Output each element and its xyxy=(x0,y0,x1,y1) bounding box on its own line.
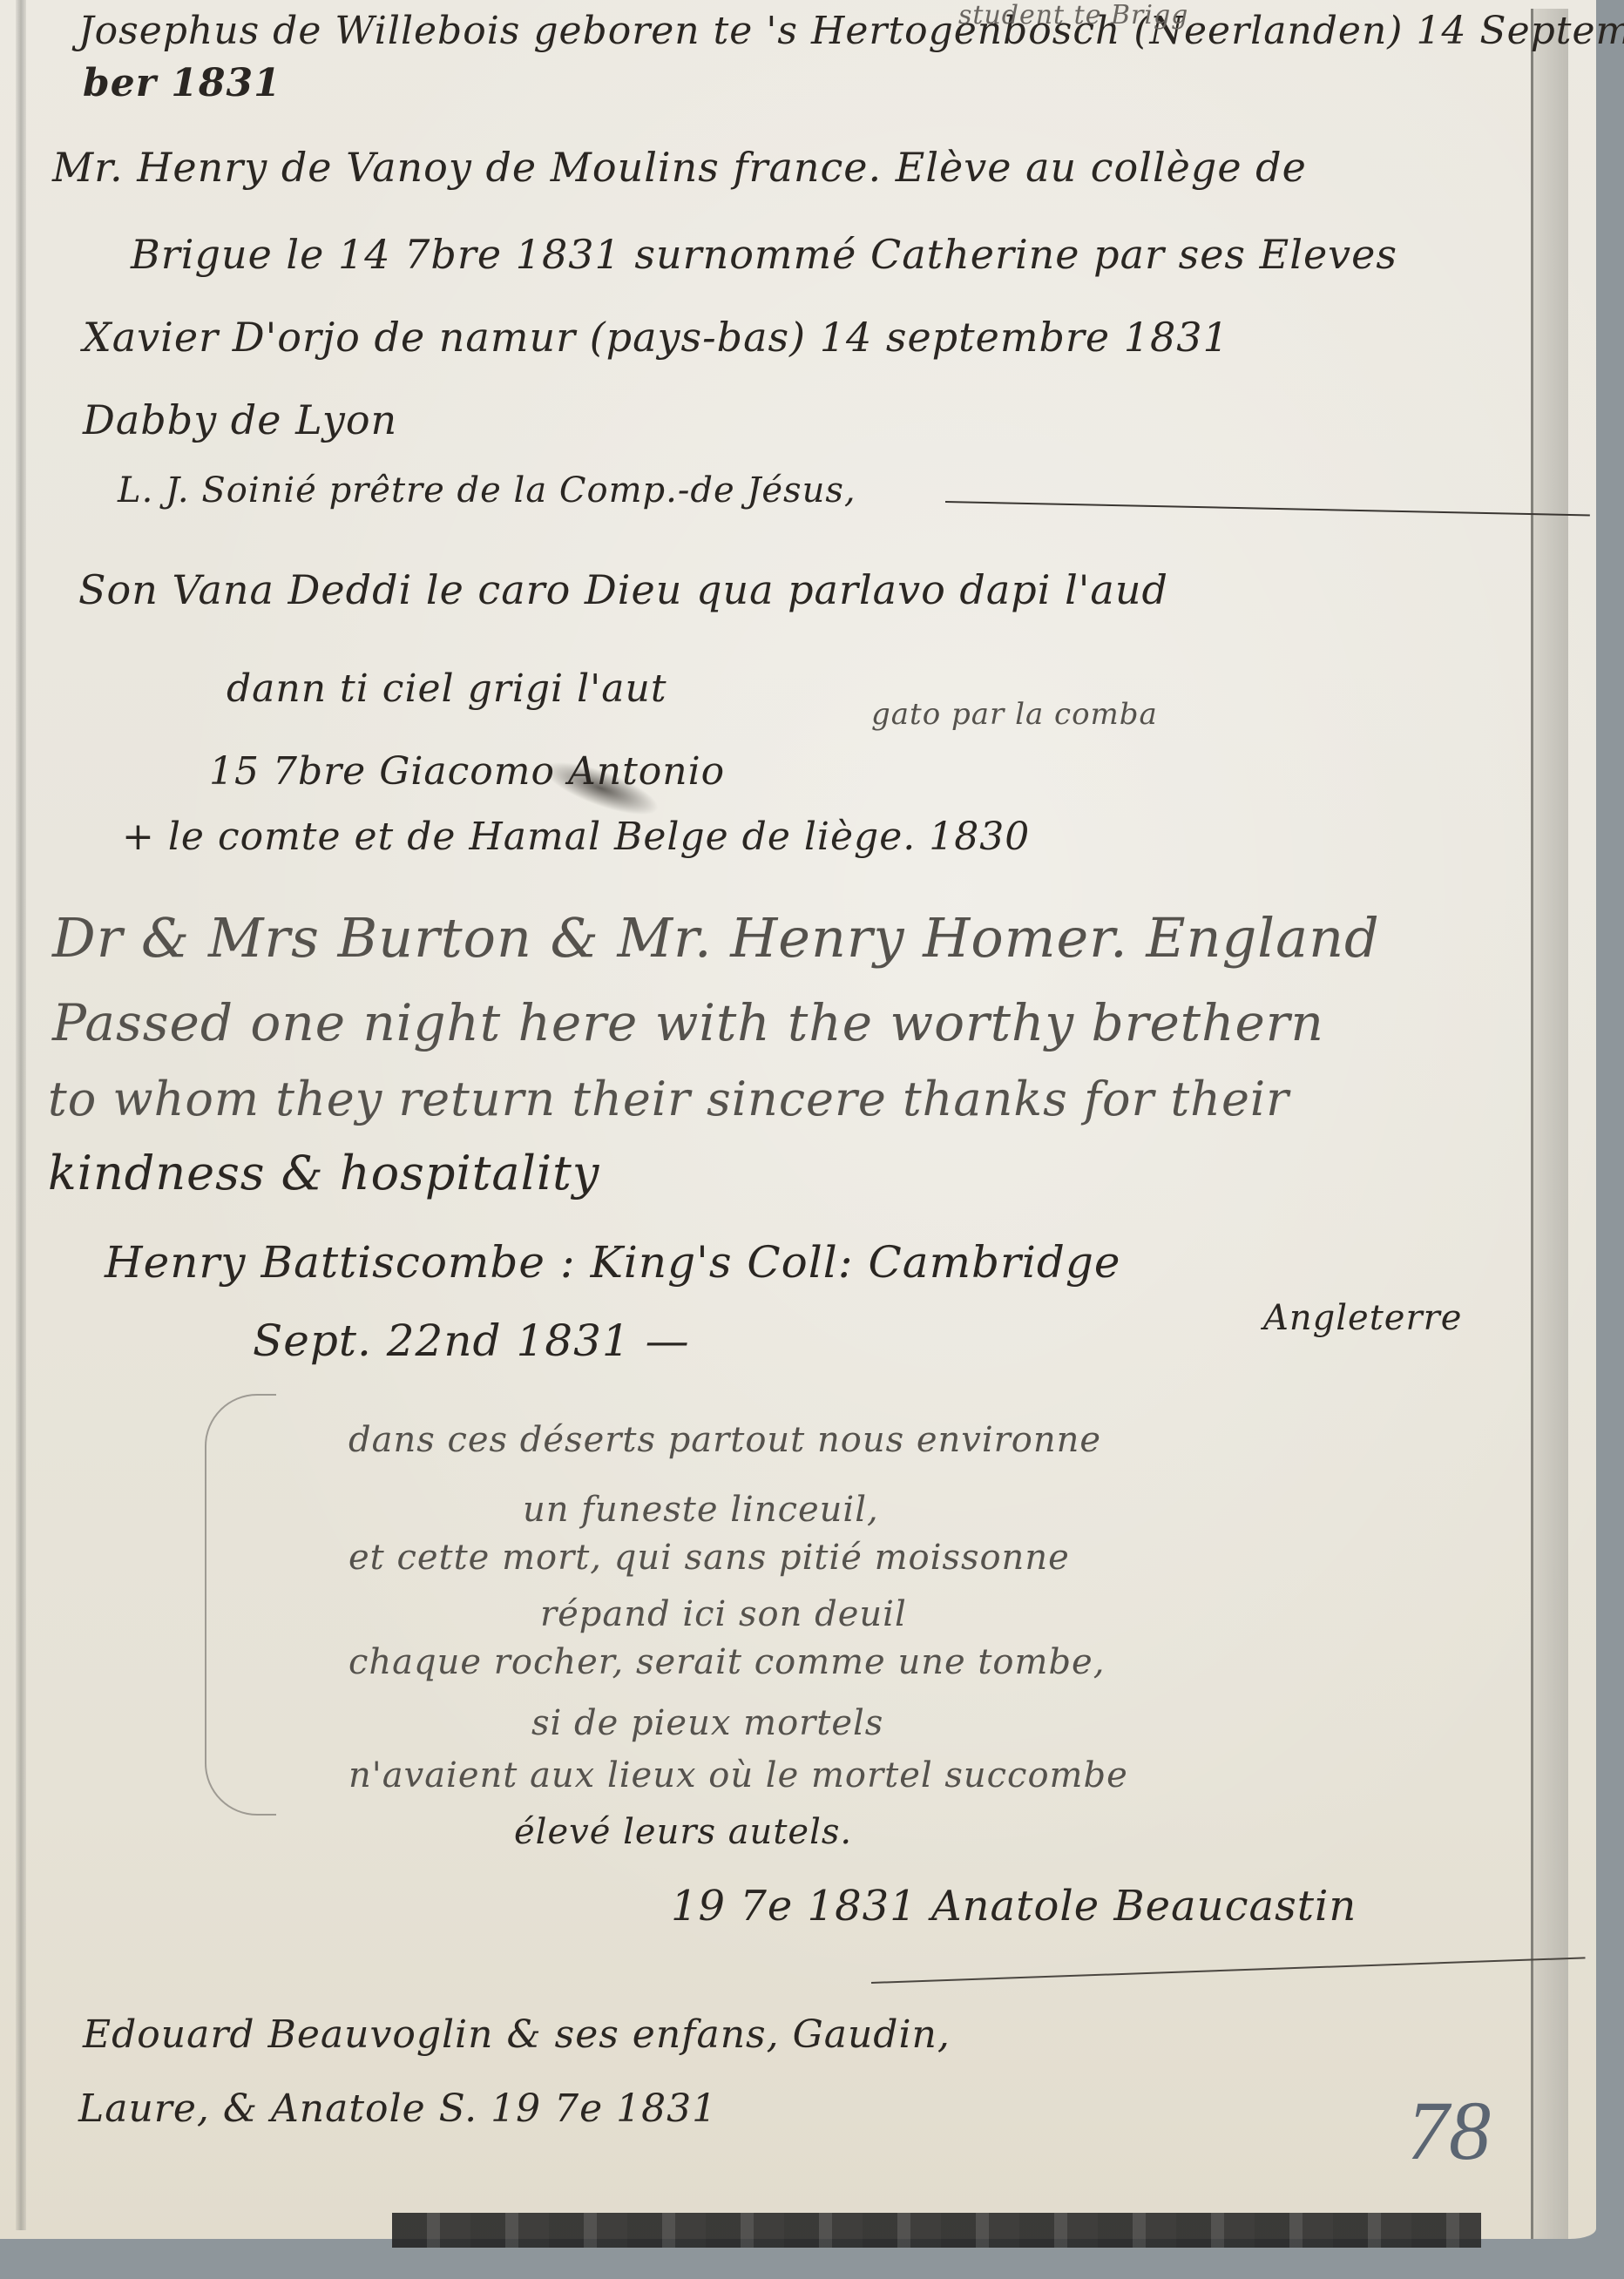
entry-4-line-1: Son Vana Deddi le caro Dieu qua parlavo … xyxy=(78,566,1168,613)
poem-line-4: répand ici son deuil xyxy=(540,1594,907,1634)
entry-2-line-1: Mr. Henry de Vanoy de Moulins france. El… xyxy=(52,144,1307,191)
entry-6-line-1: Henry Battiscombe : King's Coll: Cambrid… xyxy=(105,1237,1121,1288)
entry-3-divider xyxy=(945,501,1590,516)
entry-2-line-2: Brigue le 14 7bre 1831 surnommé Catherin… xyxy=(131,231,1397,278)
poem-line-7: n'avaient aux lieux où le mortel succomb… xyxy=(348,1755,1128,1795)
poem-line-2: un funeste linceuil, xyxy=(523,1490,879,1530)
poem-signature: 19 7e 1831 Anatole Beaucastin xyxy=(671,1882,1357,1931)
poem-bracket xyxy=(205,1394,276,1816)
page-gutter-fold xyxy=(16,0,26,2230)
poem-line-8: élevé leurs autels. xyxy=(514,1812,852,1852)
entry-8-line-1: Edouard Beauvoglin & ses enfans, Gaudin, xyxy=(83,2012,951,2057)
entry-1-line-1: Josephus de Willebois geboren te 's Hert… xyxy=(78,9,1624,53)
entry-1-annotation: student te Brigg xyxy=(958,0,1188,30)
entry-8-line-2: Laure, & Anatole S. 19 7e 1831 xyxy=(78,2086,717,2131)
book-binding-edge xyxy=(392,2213,1481,2248)
entry-6-line-2: Sept. 22nd 1831 — xyxy=(253,1315,690,1366)
page-right-edge xyxy=(1531,9,1568,2239)
entry-4-annotation: gato par la comba xyxy=(871,697,1158,732)
entry-5-line-4: kindness & hospitality xyxy=(48,1146,599,1200)
poem-line-6: si de pieux mortels xyxy=(531,1703,883,1743)
entry-4-line-4: + le comte et de Hamal Belge de liège. 1… xyxy=(122,815,1030,859)
page-number: 78 xyxy=(1407,2082,1491,2179)
entry-4-line-3: 15 7bre Giacomo Antonio xyxy=(209,749,725,794)
entry-5-line-3: to whom they return their sincere thanks… xyxy=(48,1072,1289,1126)
entry-6-annotation: Angleterre xyxy=(1263,1298,1462,1338)
entry-5-line-1: Dr & Mrs Burton & Mr. Henry Homer. Engla… xyxy=(52,906,1380,970)
signature-flourish xyxy=(871,1957,1586,1984)
entry-1-line-2: ber 1831 xyxy=(83,61,281,105)
entry-5-line-2: Passed one night here with the worthy br… xyxy=(52,993,1324,1052)
manuscript-page: Josephus de Willebois geboren te 's Hert… xyxy=(0,0,1596,2239)
poem-line-1: dans ces déserts partout nous environne xyxy=(348,1420,1101,1460)
entry-3-line-1: Xavier D'orjo de namur (pays-bas) 14 sep… xyxy=(83,314,1229,361)
entry-3-line-2: Dabby de Lyon xyxy=(83,396,397,443)
poem-line-3: et cette mort, qui sans pitié moissonne xyxy=(348,1538,1070,1578)
poem-line-5: chaque rocher, serait comme une tombe, xyxy=(348,1642,1105,1682)
entry-4-line-2: dann ti ciel grigi l'aut xyxy=(227,666,667,711)
entry-3-line-3: L. J. Soinié prêtre de la Comp.-de Jésus… xyxy=(118,470,856,511)
